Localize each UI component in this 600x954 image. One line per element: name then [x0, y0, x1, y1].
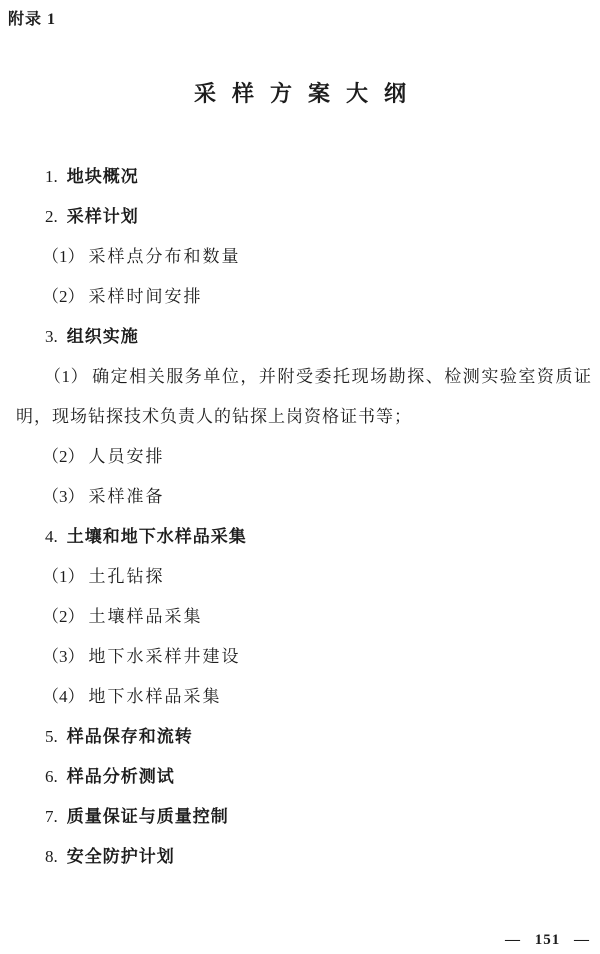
- outline-item: （1）采样点分布和数量: [16, 237, 592, 277]
- item-marker: （1）: [42, 247, 85, 266]
- item-marker: 3.: [45, 327, 58, 346]
- outline-item: 6.样品分析测试: [16, 757, 592, 797]
- item-label: 土壤样品采集: [89, 607, 203, 626]
- item-label: 采样准备: [89, 487, 165, 506]
- item-marker: （2）: [42, 287, 85, 306]
- page-number: — 151 —: [505, 929, 590, 951]
- outline-item: （2）人员安排: [16, 437, 592, 477]
- item-label: 确定相关服务单位，并附受委托现场勘探、检测实验室资质证明，现场钻探技术负责人的钻…: [16, 367, 592, 426]
- item-marker: 6.: [45, 767, 58, 786]
- item-marker: （2）: [42, 607, 85, 626]
- item-label: 采样时间安排: [89, 287, 203, 306]
- item-label: 地块概况: [67, 167, 139, 186]
- outline-item: （2）采样时间安排: [16, 277, 592, 317]
- item-label: 土壤和地下水样品采集: [67, 527, 247, 546]
- item-label: 人员安排: [89, 447, 165, 466]
- item-marker: （2）: [42, 447, 85, 466]
- item-marker: 8.: [45, 847, 58, 866]
- item-marker: 4.: [45, 527, 58, 546]
- outline-list: 1.地块概况2.采样计划（1）采样点分布和数量（2）采样时间安排3.组织实施（1…: [16, 157, 592, 877]
- item-marker: 5.: [45, 727, 58, 746]
- item-label: 样品保存和流转: [67, 727, 193, 746]
- outline-item: 2.采样计划: [16, 197, 592, 237]
- item-marker: 2.: [45, 207, 58, 226]
- item-marker: （3）: [42, 487, 85, 506]
- item-marker: （1）: [44, 367, 88, 386]
- outline-item: 5.样品保存和流转: [16, 717, 592, 757]
- item-label: 土孔钻探: [89, 567, 165, 586]
- outline-item: （3）地下水采样井建设: [16, 637, 592, 677]
- outline-item: 4.土壤和地下水样品采集: [16, 517, 592, 557]
- item-marker: 1.: [45, 167, 58, 186]
- item-label: 地下水采样井建设: [89, 647, 241, 666]
- item-marker: 7.: [45, 807, 58, 826]
- outline-item: 8.安全防护计划: [16, 837, 592, 877]
- outline-item: 7.质量保证与质量控制: [16, 797, 592, 837]
- appendix-label: 附录 1: [8, 6, 56, 29]
- outline-item: （2）土壤样品采集: [16, 597, 592, 637]
- item-marker: （1）: [42, 567, 85, 586]
- item-label: 安全防护计划: [67, 847, 175, 866]
- outline-item: 1.地块概况: [16, 157, 592, 197]
- outline-item: （1）确定相关服务单位，并附受委托现场勘探、检测实验室资质证明，现场钻探技术负责…: [16, 357, 592, 437]
- item-label: 组织实施: [67, 327, 139, 346]
- item-label: 采样计划: [67, 207, 139, 226]
- item-label: 采样点分布和数量: [89, 247, 241, 266]
- document-page: 附录 1 采样方案大纲 1.地块概况2.采样计划（1）采样点分布和数量（2）采样…: [0, 0, 600, 954]
- item-marker: （3）: [42, 647, 85, 666]
- outline-item: （1）土孔钻探: [16, 557, 592, 597]
- page-title: 采样方案大纲: [0, 78, 600, 110]
- item-marker: （4）: [42, 687, 85, 706]
- outline-item: 3.组织实施: [16, 317, 592, 357]
- item-label: 样品分析测试: [67, 767, 175, 786]
- outline-item: （4）地下水样品采集: [16, 677, 592, 717]
- item-label: 质量保证与质量控制: [67, 807, 229, 826]
- item-label: 地下水样品采集: [89, 687, 222, 706]
- outline-item: （3）采样准备: [16, 477, 592, 517]
